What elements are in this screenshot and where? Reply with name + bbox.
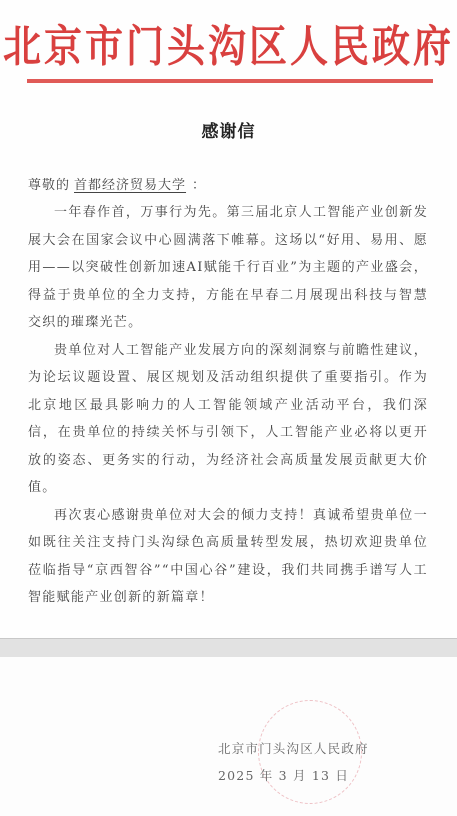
- paragraph-2: 贵单位对人工智能产业发展方向的深刻洞察与前瞻性建议，为论坛议题设置、展区规划及活…: [28, 337, 428, 502]
- recipient-name: 首都经济贸易大学: [70, 178, 192, 193]
- letterhead-red-rule: [27, 79, 433, 83]
- page-separator: [0, 638, 457, 658]
- document-title: 感谢信: [0, 117, 457, 142]
- salutation-prefix: 尊敬的: [28, 178, 70, 193]
- signature-organization: 北京市门头沟区人民政府: [218, 735, 369, 762]
- signature-date: 2025 年 3 月 13 日: [218, 762, 369, 789]
- salutation: 尊敬的首都经济贸易大学：: [28, 174, 206, 193]
- letterhead-title: 北京市门头沟区人民政府: [0, 18, 457, 76]
- salutation-suffix: ：: [192, 178, 206, 193]
- paragraph-3: 再次衷心感谢贵单位对大会的倾力支持！真诚希望贵单位一如既往关注支持门头沟绿色高质…: [28, 502, 428, 612]
- signature-block: 北京市门头沟区人民政府 2025 年 3 月 13 日: [218, 735, 369, 789]
- letter-body: 一年春作首，万事行为先。第三届北京人工智能产业创新发展大会在国家会议中心圆满落下…: [28, 199, 428, 612]
- paragraph-1: 一年春作首，万事行为先。第三届北京人工智能产业创新发展大会在国家会议中心圆满落下…: [28, 199, 428, 337]
